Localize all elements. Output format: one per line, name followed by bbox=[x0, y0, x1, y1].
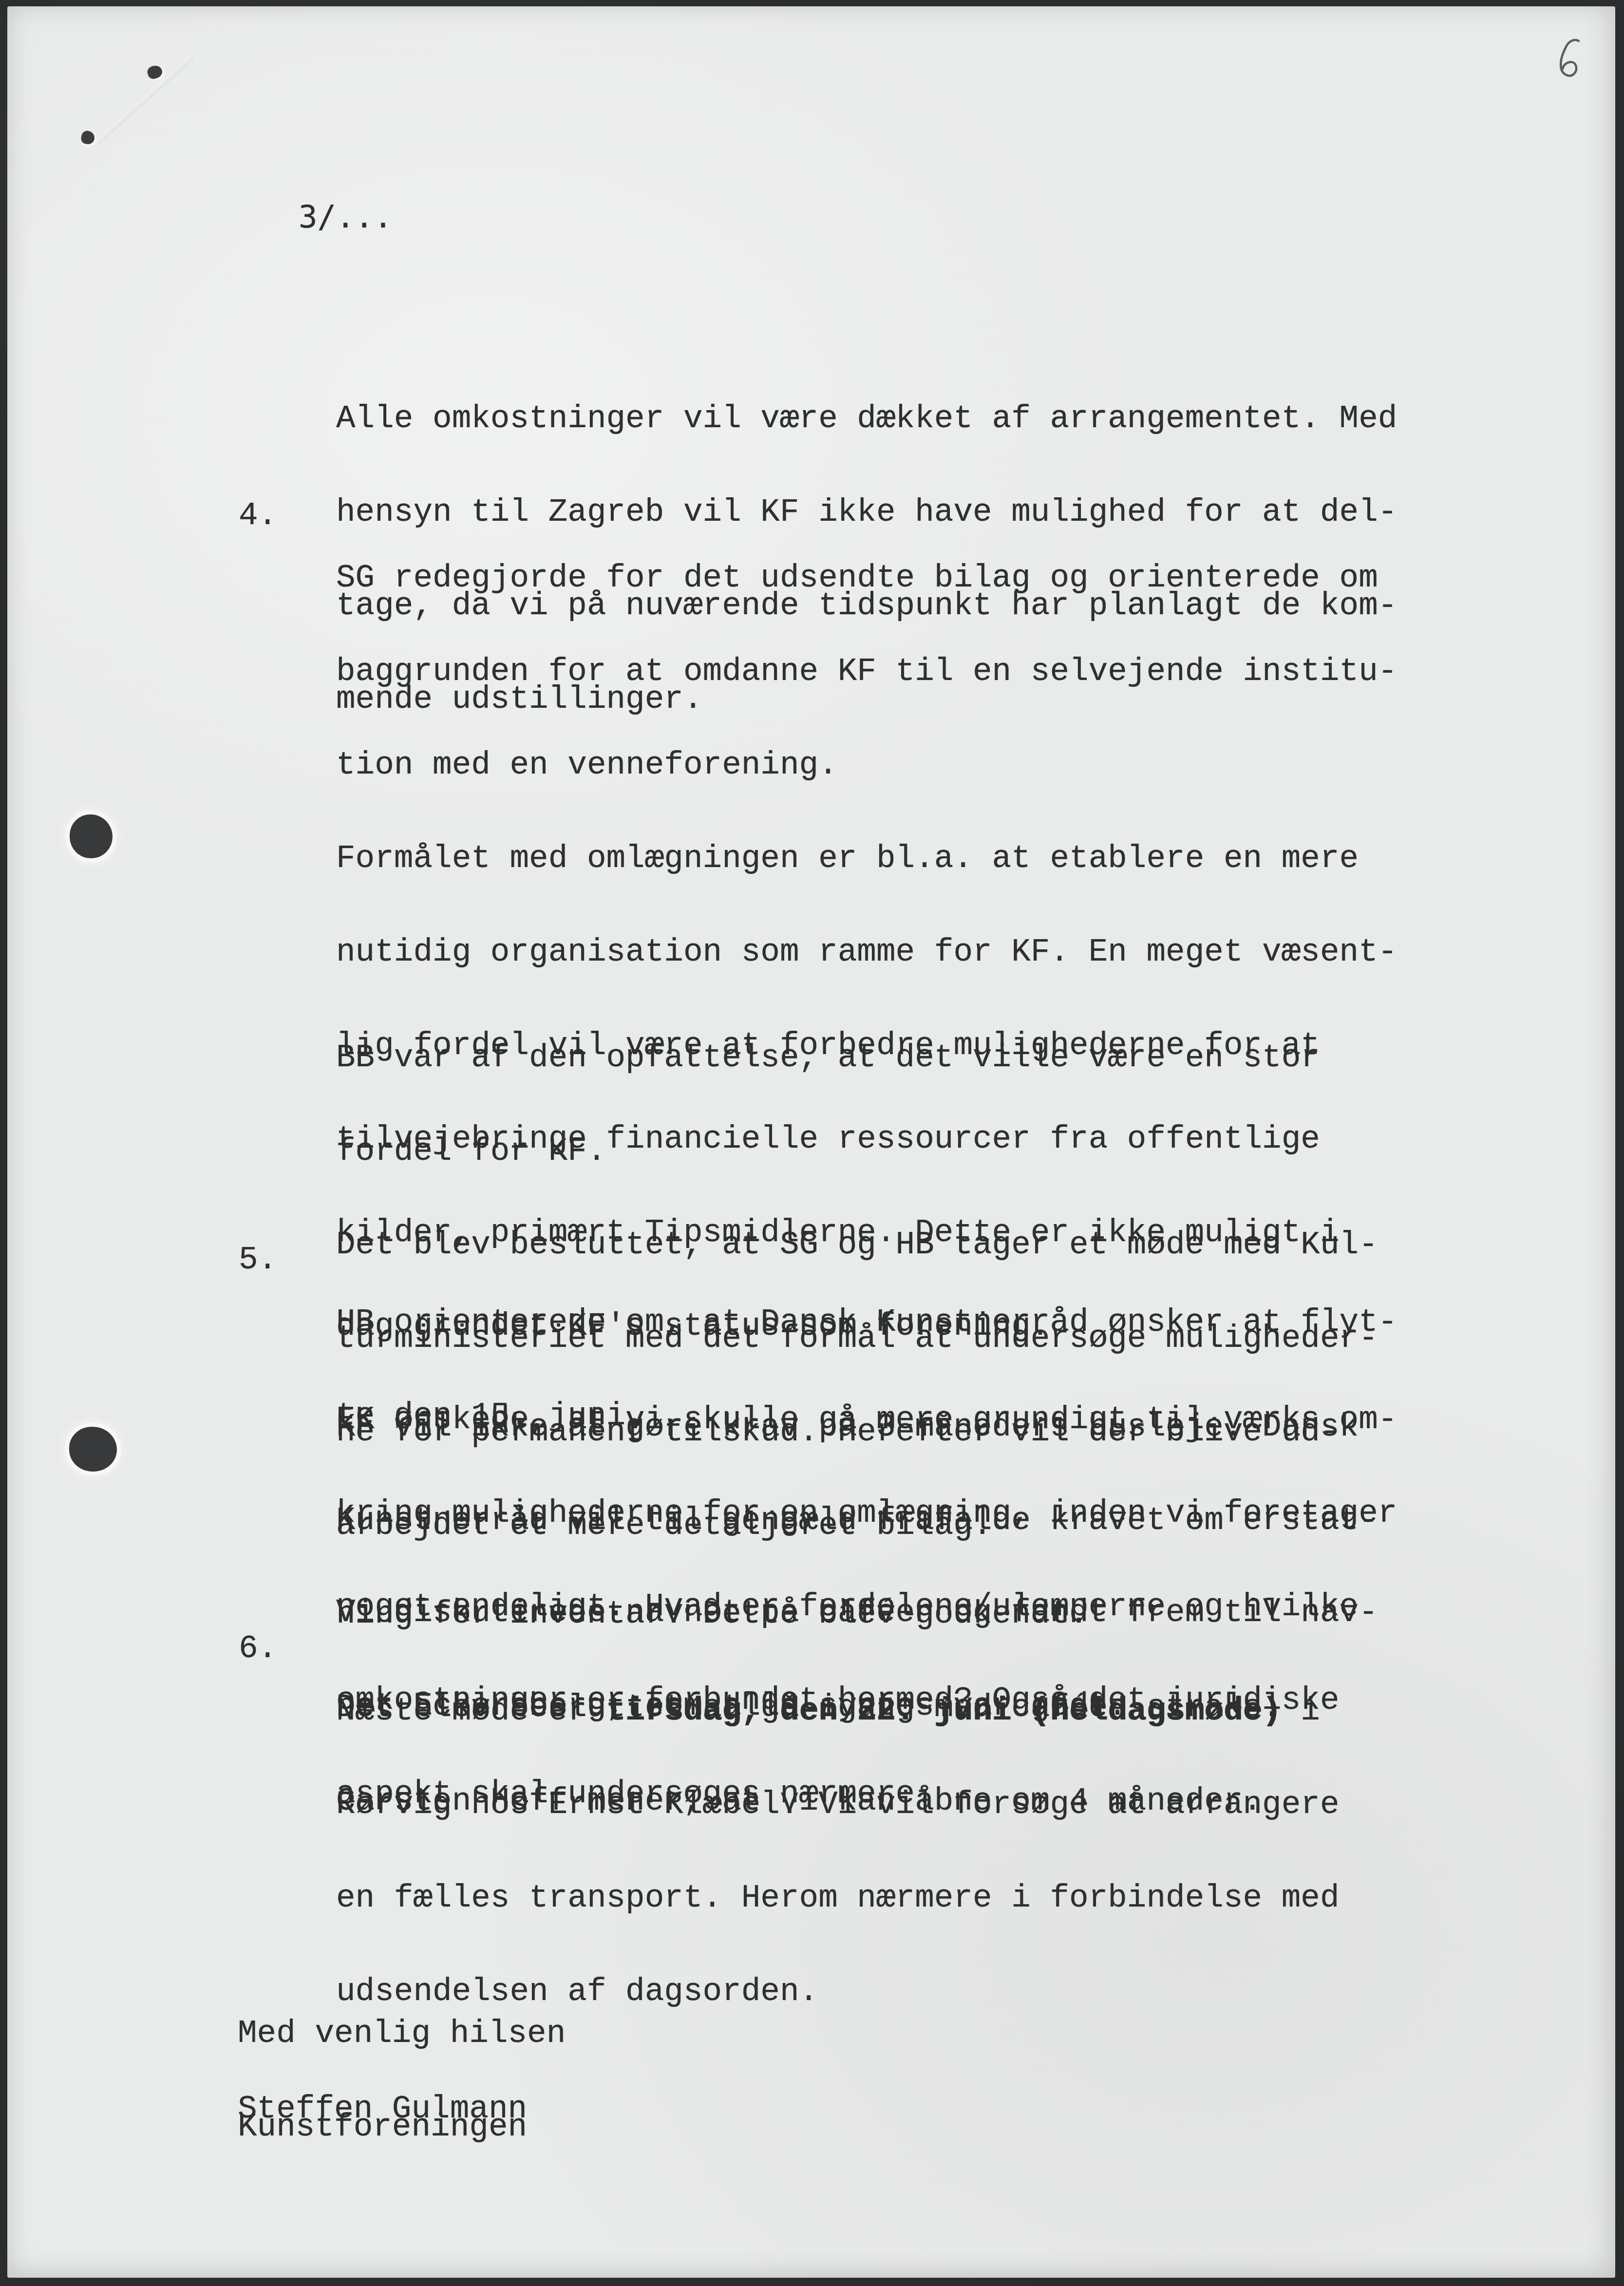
item-number-5: 5. bbox=[239, 1245, 277, 1276]
hole-punch bbox=[70, 814, 113, 858]
paragraph-line: KF vil ikke at gøre krav på 3 måneders h… bbox=[336, 1412, 1378, 1443]
paragraph-line: Formålet med omlægningen er bl.a. at eta… bbox=[336, 843, 1397, 874]
paragraph-line: Vi diskuterede navnet på caféen og fandt… bbox=[336, 1597, 1378, 1628]
paragraph-line: Næste møde er tirsdag, den 22. juni (hel… bbox=[336, 1696, 1340, 1727]
paragraph-line: baggrunden for at omdanne KF til en selv… bbox=[336, 656, 1397, 687]
hole-punch bbox=[69, 1427, 117, 1472]
paragraph-line: HB orienterede om, at Dansk Kunstnerråd … bbox=[336, 1307, 1397, 1338]
paragraph-line: Rørvig hos Ernst Klæbel. Vi vil forsøge … bbox=[336, 1789, 1340, 1820]
closing-salutation: Med venlig hilsen bbox=[238, 2018, 566, 2049]
paragraph-line: Alle omkostninger vil være dækket af arr… bbox=[336, 403, 1397, 435]
continuation-mark: 3/... bbox=[299, 202, 393, 233]
paragraph-line: SG redegjorde for det udsendte bilag og … bbox=[336, 563, 1397, 594]
handwritten-page-number bbox=[1554, 37, 1584, 81]
signature-name: Steffen Gulmann bbox=[238, 2094, 527, 2125]
paper-crease bbox=[94, 54, 195, 146]
paragraph-line: Kunstnerråd vil til gengæld frafalde kra… bbox=[336, 1505, 1378, 1536]
paragraph-line: BB var af den opfattelse, at det ville v… bbox=[336, 1042, 1378, 1074]
paragraph-line: en fælles transport. Herom nærmere i for… bbox=[336, 1883, 1340, 1914]
item-number-4: 4. bbox=[239, 500, 277, 531]
line-prefix: Næste møde er bbox=[336, 1693, 606, 1729]
closing-block: Med venlig hilsen Kunstforeningen bbox=[238, 1956, 566, 2174]
item-number-6: 6. bbox=[239, 1633, 277, 1664]
staple-hole bbox=[80, 130, 95, 145]
paragraph-line: tion med en venneforening. bbox=[336, 750, 1397, 781]
bold-meeting-date: tirsdag, den 22. juni (heldagsmøde) bbox=[606, 1693, 1282, 1729]
staple-hole bbox=[146, 64, 164, 80]
paragraph-line: nutidig organisation som ramme for KF. E… bbox=[336, 937, 1397, 968]
paragraph-line: fordel for KF. bbox=[336, 1136, 1378, 1167]
line-suffix: i bbox=[1282, 1693, 1320, 1729]
